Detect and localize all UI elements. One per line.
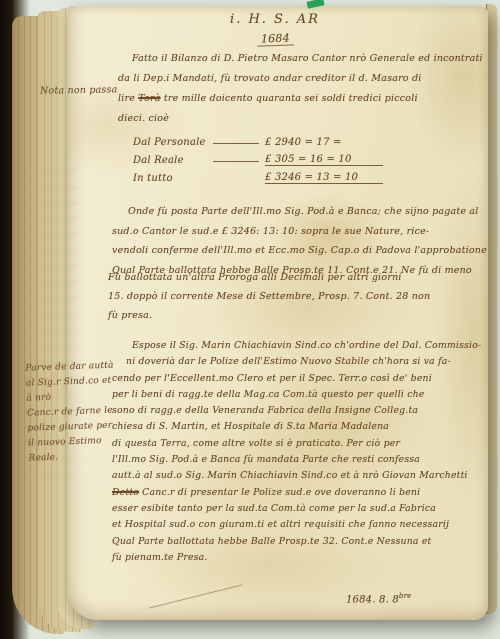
text-segment: Canc.r di presentar le Polize sud.e ove … bbox=[139, 487, 420, 498]
text-line: vendoli conferme dell'Ill.mo et Ecc.mo S… bbox=[112, 241, 487, 261]
text-line: Detto Canc.r di presentar le Polize sud.… bbox=[112, 485, 481, 501]
text-line: Onde fù posta Parte dell'Ill.mo Sig. Pod… bbox=[112, 202, 487, 222]
struck-word: Detto bbox=[112, 487, 139, 498]
text-line: Fatto il Bilanzo di D. Pietro Masaro Can… bbox=[118, 49, 483, 69]
account-amount: £ 305 = 16 = 10 bbox=[265, 154, 383, 166]
account-amount: £ 2940 = 17 = bbox=[265, 137, 383, 148]
page-header: i. H. S. AR 1684 bbox=[225, 12, 325, 46]
struck-word: Torà bbox=[138, 93, 160, 104]
text-segment: lire bbox=[118, 93, 138, 104]
text-line: Fù ballottata un'altra Proroga alli Deci… bbox=[108, 268, 430, 287]
account-label: Dal Reale bbox=[133, 155, 211, 166]
text-line: esser esibite tanto per la sud.ta Com.tà… bbox=[112, 501, 481, 517]
text-line: Reale. bbox=[28, 448, 120, 466]
account-row-reale: Dal Reale £ 305 = 16 = 10 bbox=[133, 148, 383, 166]
text-line: lire Torà tre mille doicento quaranta se… bbox=[118, 89, 483, 109]
text-line: polize giurate per bbox=[27, 418, 119, 436]
date-text: 1684. 8. 8 bbox=[346, 594, 399, 605]
account-label: In tutto bbox=[133, 173, 211, 184]
account-rule-spacer bbox=[213, 179, 259, 180]
text-line: per li beni di ragg.te della Mag.ca Com.… bbox=[112, 387, 481, 403]
text-line: di questa Terra, come altre volte si è p… bbox=[112, 436, 481, 452]
text-line: da li Dep.i Mandati, fù trovato andar cr… bbox=[118, 69, 483, 89]
account-rule-line bbox=[213, 161, 259, 162]
paragraph-proroga: Fù ballottata un'altra Proroga alli Deci… bbox=[108, 268, 430, 325]
text-line: et Hospital sud.o con giuram.ti et altri… bbox=[112, 517, 481, 533]
text-line: chiesa di S. Martin, et Hospitale di S.t… bbox=[112, 419, 481, 435]
ihs-monogram: i. H. S. AR bbox=[225, 12, 325, 27]
text-line: al Sig.r Sind.co et à nrò bbox=[26, 373, 119, 406]
page-fold-crease bbox=[149, 585, 241, 609]
text-line: fù presa. bbox=[108, 306, 430, 325]
header-year: 1684 bbox=[256, 31, 293, 46]
account-table: Dal Personale £ 2940 = 17 = Dal Reale £ … bbox=[133, 130, 383, 184]
manuscript-page: i. H. S. AR 1684 Fatto il Bilanzo di D. … bbox=[68, 6, 488, 620]
photo-background: i. H. S. AR 1684 Fatto il Bilanzo di D. … bbox=[0, 0, 500, 639]
text-line: l'Ill.mo Sig. Pod.à e Banca fù mandata P… bbox=[112, 452, 481, 468]
paragraph-espose: Espose il Sig. Marin Chiachiavin Sind.co… bbox=[112, 338, 481, 566]
account-label: Dal Personale bbox=[133, 137, 211, 148]
account-rule-line bbox=[213, 143, 259, 144]
account-row-total: In tutto £ 3246 = 13 = 10 bbox=[133, 166, 383, 184]
date-superscript: bre bbox=[399, 592, 412, 600]
text-line: 15. doppò il corrente Mese di Settembre,… bbox=[108, 287, 430, 306]
paragraph-bilancio: Fatto il Bilanzo di D. Pietro Masaro Can… bbox=[118, 49, 483, 129]
text-line: cendo per l'Eccellent.mo Clero et per il… bbox=[112, 371, 481, 387]
margin-note-parve: Parve de dar auttà al Sig.r Sind.co et à… bbox=[25, 358, 121, 466]
text-line: sud.o Cantor le sud.e £ 3246: 13: 10: so… bbox=[112, 222, 487, 242]
text-line: Qual Parte ballottata hebbe Balle Prosp.… bbox=[112, 534, 481, 550]
text-line: Espose il Sig. Marin Chiachiavin Sind.co… bbox=[112, 338, 481, 354]
text-line: ni doverià dar le Polize dell'Estimo Nuo… bbox=[112, 354, 481, 370]
footer-date: 1684. 8. 8bre bbox=[346, 592, 411, 605]
text-segment: tre mille doicento quaranta sei soldi tr… bbox=[161, 93, 418, 104]
account-row-personale: Dal Personale £ 2940 = 17 = bbox=[133, 130, 383, 148]
text-line: sono di ragg.e della Veneranda Fabrica d… bbox=[112, 403, 481, 419]
text-line: autt.à al sud.o Sig. Marin Chiachiavin S… bbox=[112, 468, 481, 484]
text-line: fù pienam.te Presa. bbox=[112, 550, 481, 566]
account-total-amount: £ 3246 = 13 = 10 bbox=[265, 171, 383, 184]
margin-note-non-passa: Nota non passa bbox=[40, 84, 118, 96]
text-line: dieci. cioè bbox=[118, 109, 483, 129]
